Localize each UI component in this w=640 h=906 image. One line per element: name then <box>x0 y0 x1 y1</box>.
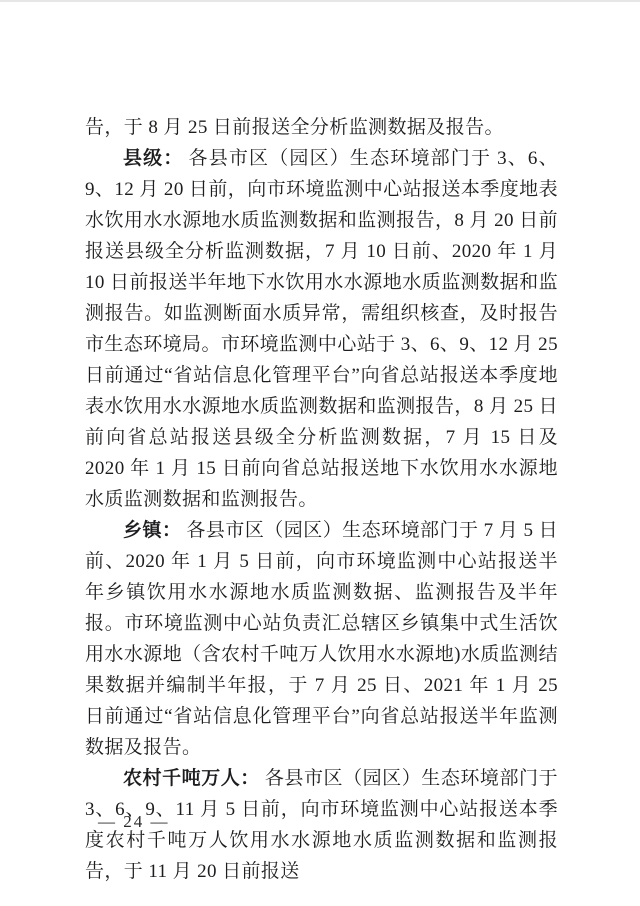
scan-top-edge <box>0 0 640 2</box>
paragraph-continuation: 告，于 8 月 25 日前报送全分析监测数据及报告。 <box>85 112 558 143</box>
paragraph-text: 告，于 8 月 25 日前报送全分析监测数据及报告。 <box>85 117 504 138</box>
section-label-rural-thousand-ton: 农村千吨万人： <box>123 768 260 789</box>
section-label-township: 乡镇： <box>123 520 181 541</box>
page-number: — 24 — <box>98 812 170 832</box>
paragraph-text: 各县市区（园区）生态环境部门于 7 月 5 日前、2020 年 1 月 5 日前… <box>85 520 558 758</box>
paragraph-text: 各县市区（园区）生态环境部门于 3、6、9、12 月 20 日前，向市环境监测中… <box>85 148 558 510</box>
paragraph-county-level: 县级：各县市区（园区）生态环境部门于 3、6、9、12 月 20 日前，向市环境… <box>85 143 558 515</box>
document-body: 告，于 8 月 25 日前报送全分析监测数据及报告。 县级：各县市区（园区）生态… <box>85 112 558 887</box>
paragraph-township: 乡镇：各县市区（园区）生态环境部门于 7 月 5 日前、2020 年 1 月 5… <box>85 515 558 763</box>
section-label-county-level: 县级： <box>123 148 184 169</box>
